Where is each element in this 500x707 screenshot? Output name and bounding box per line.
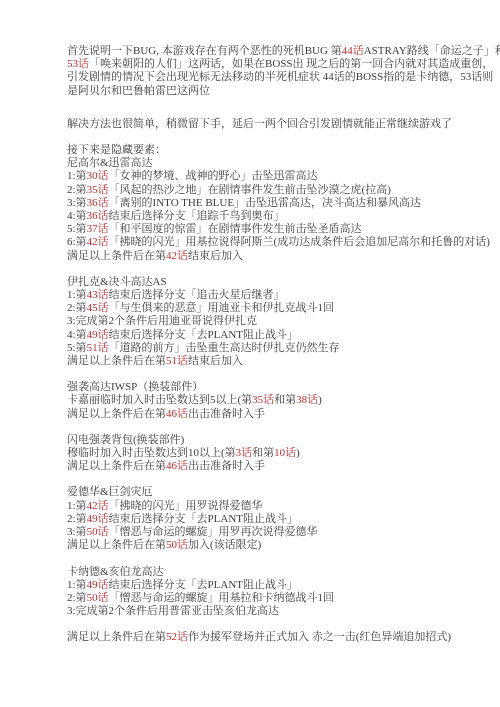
text-segment: 闪电强袭背包(换装部件): [67, 434, 184, 446]
text-segment: 卡嘉丽临时加入时击坠数达到5以上(第: [67, 394, 252, 406]
text-segment: 「拂晓的闪光」用基拉说得阿斯兰(成功达成条件后会追加尼高尔和托鲁的对话): [109, 236, 490, 248]
episode-number: 3话: [236, 447, 253, 459]
episode-number: 49话: [87, 513, 109, 525]
document-page: 首先说明一下BUG, 本游戏存在有两个恶性的死机BUG 第44话ASTRAY路线…: [0, 0, 500, 707]
text-segment: 首先说明一下BUG, 本游戏存在有两个恶性的死机BUG 第: [67, 45, 342, 57]
bug-intro: 首先说明一下BUG, 本游戏存在有两个恶性的死机BUG 第44话ASTRAY路线…: [67, 45, 457, 98]
text-segment: 满足以上条件后在第: [67, 408, 166, 420]
text-segment: 2:第: [67, 513, 87, 525]
text-segment: ): [296, 447, 300, 459]
text-segment: 1:第: [67, 170, 87, 182]
text-line: 卡纳德&亥伯龙高达: [67, 566, 457, 579]
text-segment: 「风起的热沙之地」在剧情事件发生前击坠沙漠之虎(拉高): [109, 184, 391, 196]
text-segment: 满足以上条件后在第: [67, 460, 166, 472]
text-line: 满足以上条件后在第51话结束后加入: [67, 355, 457, 368]
text-segment: ASTRAY路线「命运之子」和: [364, 45, 500, 57]
text-segment: 伊扎克&决斗高达AS: [67, 276, 167, 288]
episode-number: 42话: [87, 500, 109, 512]
text-segment: 2:第: [67, 302, 87, 314]
text-segment: 结束后选择分支「追踪千鸟到奥布」: [109, 210, 285, 222]
text-line: 2:第45话「与生俱来的恶意」用迪亚卡和伊扎克战斗1回: [67, 302, 457, 315]
episode-number: 43话: [87, 289, 109, 301]
section-lightning-strike-pack: 闪电强袭背包(换装部件)穆临时加入时击坠数达到10以上(第3话和第10话)满足以…: [67, 434, 457, 474]
text-line: 伊扎克&决斗高达AS: [67, 276, 457, 289]
episode-number: 10话: [274, 447, 296, 459]
text-line: 5:第51话「道路的前方」击坠重生高达时伊扎克仍然生存: [67, 342, 457, 355]
text-line: 1:第42话「拂晓的闪光」用罗说得爱德华: [67, 500, 457, 513]
text-segment: 3:完成第2个条件后用迪亚哥说得伊扎克: [67, 315, 257, 327]
text-segment: 强袭高达IWSP（换装部件）: [67, 381, 203, 393]
text-line: 接下来是隐藏要素：: [67, 144, 457, 157]
text-segment: 作为援军登场并正式加入 赤之一击(红色异端追加招式): [188, 631, 451, 643]
text-line: 3:完成第2个条件后用普雷亚击坠亥伯龙高达: [67, 605, 457, 618]
text-segment: 结束后选择分支「去PLANT阻止战斗」: [109, 579, 298, 591]
text-segment: 6:第: [67, 236, 87, 248]
text-segment: 爱德华&巨剑灾厄: [67, 486, 153, 498]
text-segment: 和第: [252, 447, 274, 459]
text-segment: 1:第: [67, 289, 87, 301]
text-segment: 结束后选择分支「追击火星后继者」: [109, 289, 285, 301]
text-line: 解决方法也很简单，稍微留下手，延后一两个回合引发剧情就能正常继续游戏了: [67, 118, 457, 131]
episode-number: 49话: [87, 579, 109, 591]
text-segment: 出击准备时入手: [188, 408, 265, 420]
text-line: 4:第36话结束后选择分支「追踪千鸟到奥布」: [67, 210, 457, 223]
text-line: 2:第49话结束后选择分支「去PLANT阻止战斗」: [67, 513, 457, 526]
text-segment: 结束后加入: [188, 355, 243, 367]
text-segment: 引发剧情的情况下会出现光标无法移动的半死机症状 44话的BOSS指的是卡纳德，5…: [67, 71, 493, 83]
text-segment: 「憎恶与命运的螺旋」用罗再次说得爱德华: [109, 526, 318, 538]
text-line: 3:完成第2个条件后用迪亚哥说得伊扎克: [67, 315, 457, 328]
text-segment: 是阿贝尔和巴鲁帕雷巴这两位: [67, 85, 210, 97]
episode-number: 36话: [87, 210, 109, 222]
text-segment: 2:第: [67, 592, 87, 604]
text-line: 尼高尔&迅雷高达: [67, 157, 457, 170]
text-segment: 4:第: [67, 329, 87, 341]
text-segment: 满足以上条件后在第: [67, 539, 166, 551]
text-segment: 解决方法也很简单，稍微留下手，延后一两个回合引发剧情就能正常继续游戏了: [67, 118, 452, 130]
episode-number: 51话: [166, 355, 188, 367]
text-segment: 「和平国度的惊雷」在剧情事件发生前击坠圣盾高达: [109, 223, 362, 235]
episode-number: 50话: [87, 526, 109, 538]
section-nicol-duel-gundam: 接下来是隐藏要素：尼高尔&迅雷高达1:第30话「女神的梦境、战神的野心」击坠迅雷…: [67, 144, 457, 263]
text-line: 闪电强袭背包(换装部件): [67, 434, 457, 447]
episode-number: 52话: [166, 631, 188, 643]
text-segment: 结束后选择分支「去PLANT阻止战斗」: [109, 329, 298, 341]
text-line: 1:第49话结束后选择分支「去PLANT阻止战斗」: [67, 579, 457, 592]
text-segment: 接下来是隐藏要素：: [67, 144, 166, 156]
episode-number: 36话: [87, 197, 109, 209]
text-segment: 5:第: [67, 342, 87, 354]
text-line: 6:第42话「拂晓的闪光」用基拉说得阿斯兰(成功达成条件后会追加尼高尔和托鲁的对…: [67, 236, 457, 249]
section-canard-hyperion: 卡纳德&亥伯龙高达1:第49话结束后选择分支「去PLANT阻止战斗」2:第50话…: [67, 566, 457, 619]
text-segment: 「女神的梦境、战神的野心」击坠迅雷高达: [109, 170, 318, 182]
text-line: 3:第36话「离别的INTO THE BLUE」击坠迅雷高达，决斗高达和暴风高达: [67, 197, 457, 210]
episode-number: 49话: [87, 329, 109, 341]
text-segment: 2:第: [67, 184, 87, 196]
bug-solution: 解决方法也很简单，稍微留下手，延后一两个回合引发剧情就能正常继续游戏了: [67, 118, 457, 131]
episode-number: 42话: [166, 250, 188, 262]
text-segment: 结束后加入: [188, 250, 243, 262]
text-segment: 「拂晓的闪光」用罗说得爱德华: [109, 500, 263, 512]
section-yzak-duel-as: 伊扎克&决斗高达AS1:第43话结束后选择分支「追击火星后继者」2:第45话「与…: [67, 276, 457, 368]
text-segment: 1:第: [67, 579, 87, 591]
text-line: 满足以上条件后在第46话出击准备时入手: [67, 460, 457, 473]
text-segment: 1:第: [67, 500, 87, 512]
text-segment: 「道路的前方」击坠重生高达时伊扎克仍然生存: [109, 342, 340, 354]
document-body: 首先说明一下BUG, 本游戏存在有两个恶性的死机BUG 第44话ASTRAY路线…: [67, 45, 457, 658]
text-line: 3:第50话「憎恶与命运的螺旋」用罗再次说得爱德华: [67, 526, 457, 539]
episode-number: 42话: [87, 236, 109, 248]
text-segment: 3:第: [67, 526, 87, 538]
episode-number: 53话: [67, 58, 89, 70]
text-line: 1:第43话结束后选择分支「追击火星后继者」: [67, 289, 457, 302]
text-segment: 3:完成第2个条件后用普雷亚击坠亥伯龙高达: [67, 605, 279, 617]
episode-number: 46话: [166, 460, 188, 472]
text-segment: ): [318, 394, 322, 406]
text-segment: 3:第: [67, 197, 87, 209]
text-line: 4:第49话结束后选择分支「去PLANT阻止战斗」: [67, 329, 457, 342]
text-line: 穆临时加入时击坠数达到10以上(第3话和第10话): [67, 447, 457, 460]
text-segment: 加入(该话限定): [188, 539, 261, 551]
section-edward-sword-calamity: 爱德华&巨剑灾厄1:第42话「拂晓的闪光」用罗说得爱德华2:第49话结束后选择分…: [67, 486, 457, 552]
text-line: 2:第35话「风起的热沙之地」在剧情事件发生前击坠沙漠之虎(拉高): [67, 184, 457, 197]
episode-number: 30话: [87, 170, 109, 182]
text-segment: 结束后选择分支「去PLANT阻止战斗」: [109, 513, 298, 525]
text-segment: 「唤来朝阳的人们」这两话，如果在BOSS出 现之后的第一回合内就对其造成重创，: [89, 58, 493, 70]
text-line: 2:第50话「憎恶与命运的螺旋」用基拉和卡纳德战斗1回: [67, 592, 457, 605]
text-segment: 满足以上条件后在第: [67, 631, 166, 643]
text-line: 满足以上条件后在第52话作为援军登场并正式加入 赤之一击(红色异端追加招式): [67, 631, 457, 644]
text-segment: 「与生俱来的恶意」用迪亚卡和伊扎克战斗1回: [109, 302, 335, 314]
text-line: 爱德华&巨剑灾厄: [67, 486, 457, 499]
episode-number: 35话: [252, 394, 274, 406]
text-line: 强袭高达IWSP（换装部件）: [67, 381, 457, 394]
text-segment: 满足以上条件后在第: [67, 355, 166, 367]
text-line: 满足以上条件后在第46话出击准备时入手: [67, 408, 457, 421]
text-segment: 穆临时加入时击坠数达到10以上(第: [67, 447, 236, 459]
text-line: 满足以上条件后在第42话结束后加入: [67, 250, 457, 263]
episode-number: 37话: [87, 223, 109, 235]
text-segment: 5:第: [67, 223, 87, 235]
text-segment: 「憎恶与命运的螺旋」用基拉和卡纳德战斗1回: [109, 592, 335, 604]
episode-number: 50话: [166, 539, 188, 551]
episode-number: 50话: [87, 592, 109, 604]
text-segment: 「离别的INTO THE BLUE」击坠迅雷高达，决斗高达和暴风高达: [109, 197, 421, 209]
text-line: 引发剧情的情况下会出现光标无法移动的半死机症状 44话的BOSS指的是卡纳德，5…: [67, 71, 457, 84]
episode-number: 44话: [342, 45, 364, 57]
text-segment: 尼高尔&迅雷高达: [67, 157, 153, 169]
text-line: 5:第37话「和平国度的惊雷」在剧情事件发生前击坠圣盾高达: [67, 223, 457, 236]
text-line: 卡嘉丽临时加入时击坠数达到5以上(第35话和第38话): [67, 394, 457, 407]
episode-number: 45话: [87, 302, 109, 314]
text-line: 首先说明一下BUG, 本游戏存在有两个恶性的死机BUG 第44话ASTRAY路线…: [67, 45, 457, 58]
episode-number: 38话: [296, 394, 318, 406]
text-segment: 卡纳德&亥伯龙高达: [67, 566, 164, 578]
text-line: 1:第30话「女神的梦境、战神的野心」击坠迅雷高达: [67, 170, 457, 183]
final-note: 满足以上条件后在第52话作为援军登场并正式加入 赤之一击(红色异端追加招式): [67, 631, 457, 644]
text-segment: 出击准备时入手: [188, 460, 265, 472]
text-segment: 4:第: [67, 210, 87, 222]
text-line: 满足以上条件后在第50话加入(该话限定): [67, 539, 457, 552]
episode-number: 46话: [166, 408, 188, 420]
text-line: 是阿贝尔和巴鲁帕雷巴这两位: [67, 85, 457, 98]
text-segment: 满足以上条件后在第: [67, 250, 166, 262]
episode-number: 51话: [87, 342, 109, 354]
text-segment: 和第: [274, 394, 296, 406]
episode-number: 35话: [87, 184, 109, 196]
section-strike-iwsp: 强袭高达IWSP（换装部件）卡嘉丽临时加入时击坠数达到5以上(第35话和第38话…: [67, 381, 457, 421]
text-line: 53话「唤来朝阳的人们」这两话，如果在BOSS出 现之后的第一回合内就对其造成重…: [67, 58, 457, 71]
